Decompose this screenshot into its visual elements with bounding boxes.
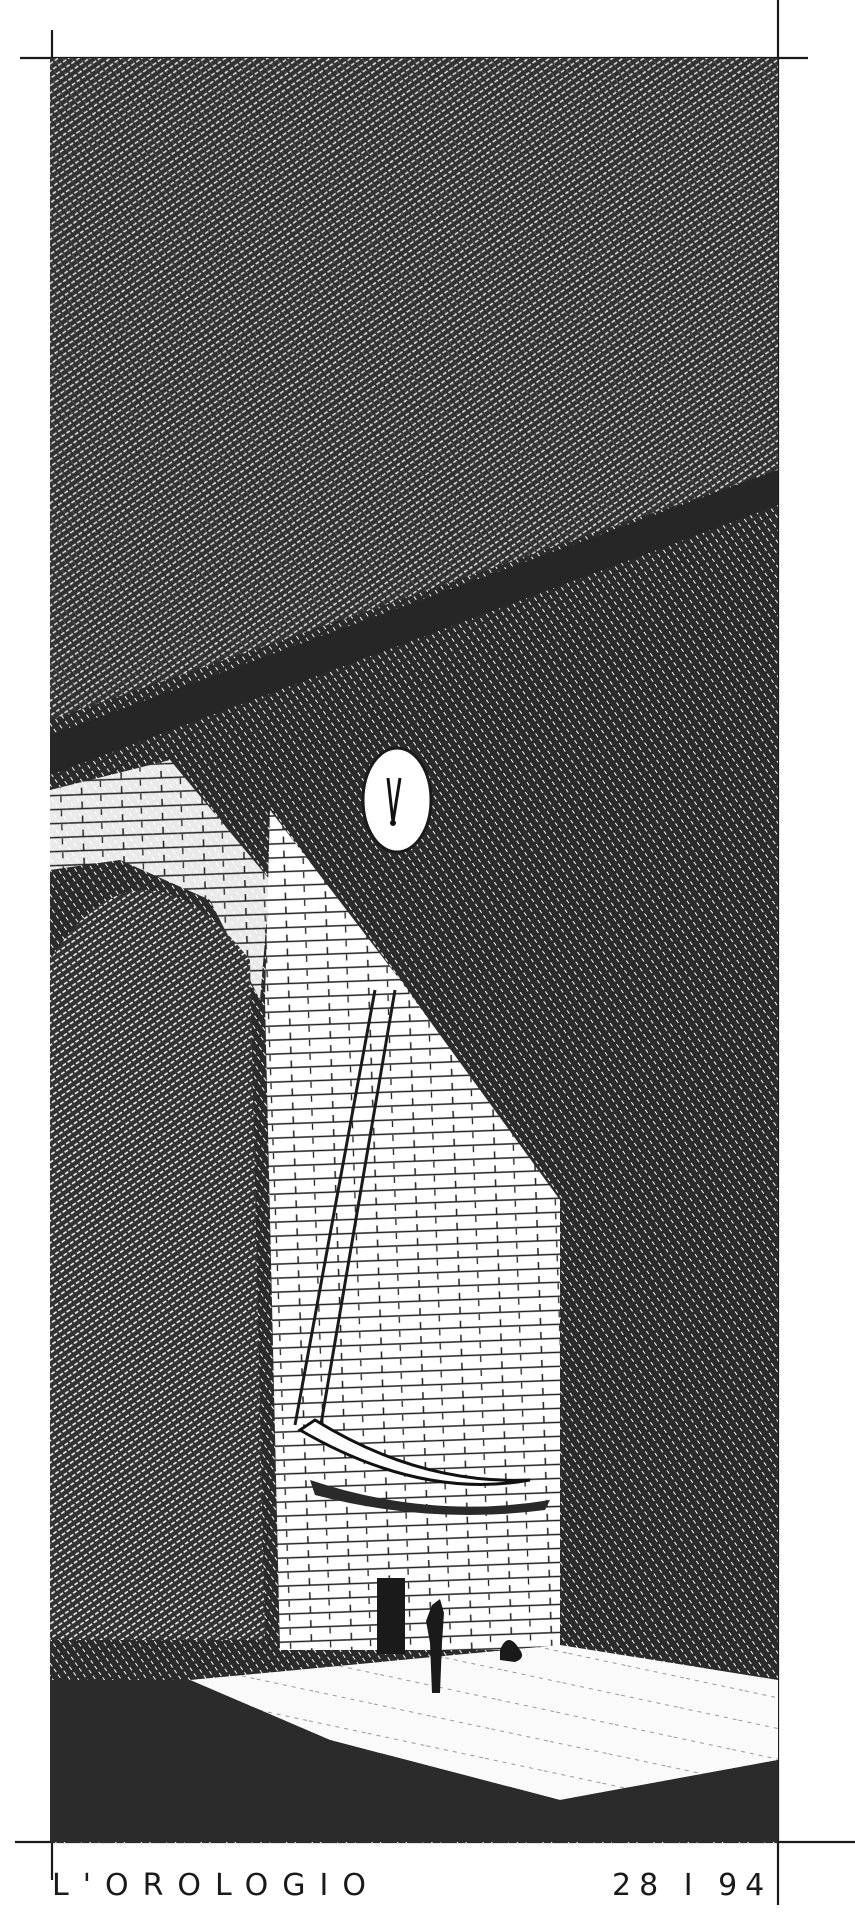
arch — [50, 890, 265, 1640]
doorway — [377, 1578, 405, 1654]
ink-drawing — [0, 0, 855, 1920]
right-pier — [560, 900, 778, 1660]
artwork-title: L'OROLOGIO — [52, 1868, 380, 1903]
artwork-date: 28 I 94 — [612, 1868, 772, 1903]
clock — [363, 748, 431, 852]
